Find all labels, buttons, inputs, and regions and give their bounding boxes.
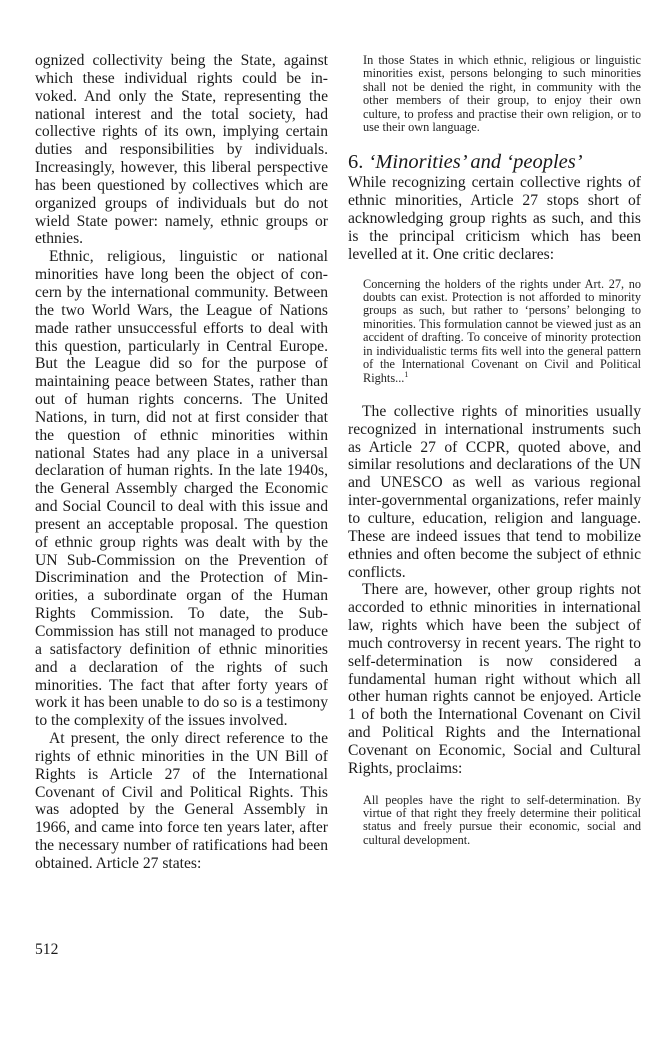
left-column: ognized collectivity being the State, ag… [35,52,328,873]
paragraph-article27-intro: At present, the only direct reference to… [35,730,328,873]
right-column: In those States in which ethnic, religio… [348,52,641,847]
section-heading: 6. ‘Minorities’ and ‘peoples’ [348,150,641,174]
paragraph-minorities-history: Ethnic, religious, linguistic or nationa… [35,248,328,730]
document-page: ognized collectivity being the State, ag… [0,0,660,1052]
section-number: 6. [348,151,363,173]
section-title: ‘Minorities’ and ‘peoples’ [369,151,583,173]
blockquote-critic: Concerning the holders of the rights und… [363,278,641,385]
paragraph-criticism-intro: While recognizing certain collective rig… [348,174,641,263]
footnote-marker: 1 [404,370,408,379]
paragraph-self-determination: There are, however, other group rights n… [348,581,641,777]
page-number: 512 [35,941,58,959]
blockquote-article1: All peoples have the right to self-deter… [363,794,641,848]
paragraph-continuation: ognized collectivity being the State, ag… [35,52,328,248]
blockquote-critic-text: Concerning the holders of the rights und… [363,277,641,385]
paragraph-collective-rights: The collective rights of minorities usua… [348,403,641,581]
blockquote-article27: In those States in which ethnic, religio… [363,54,641,134]
